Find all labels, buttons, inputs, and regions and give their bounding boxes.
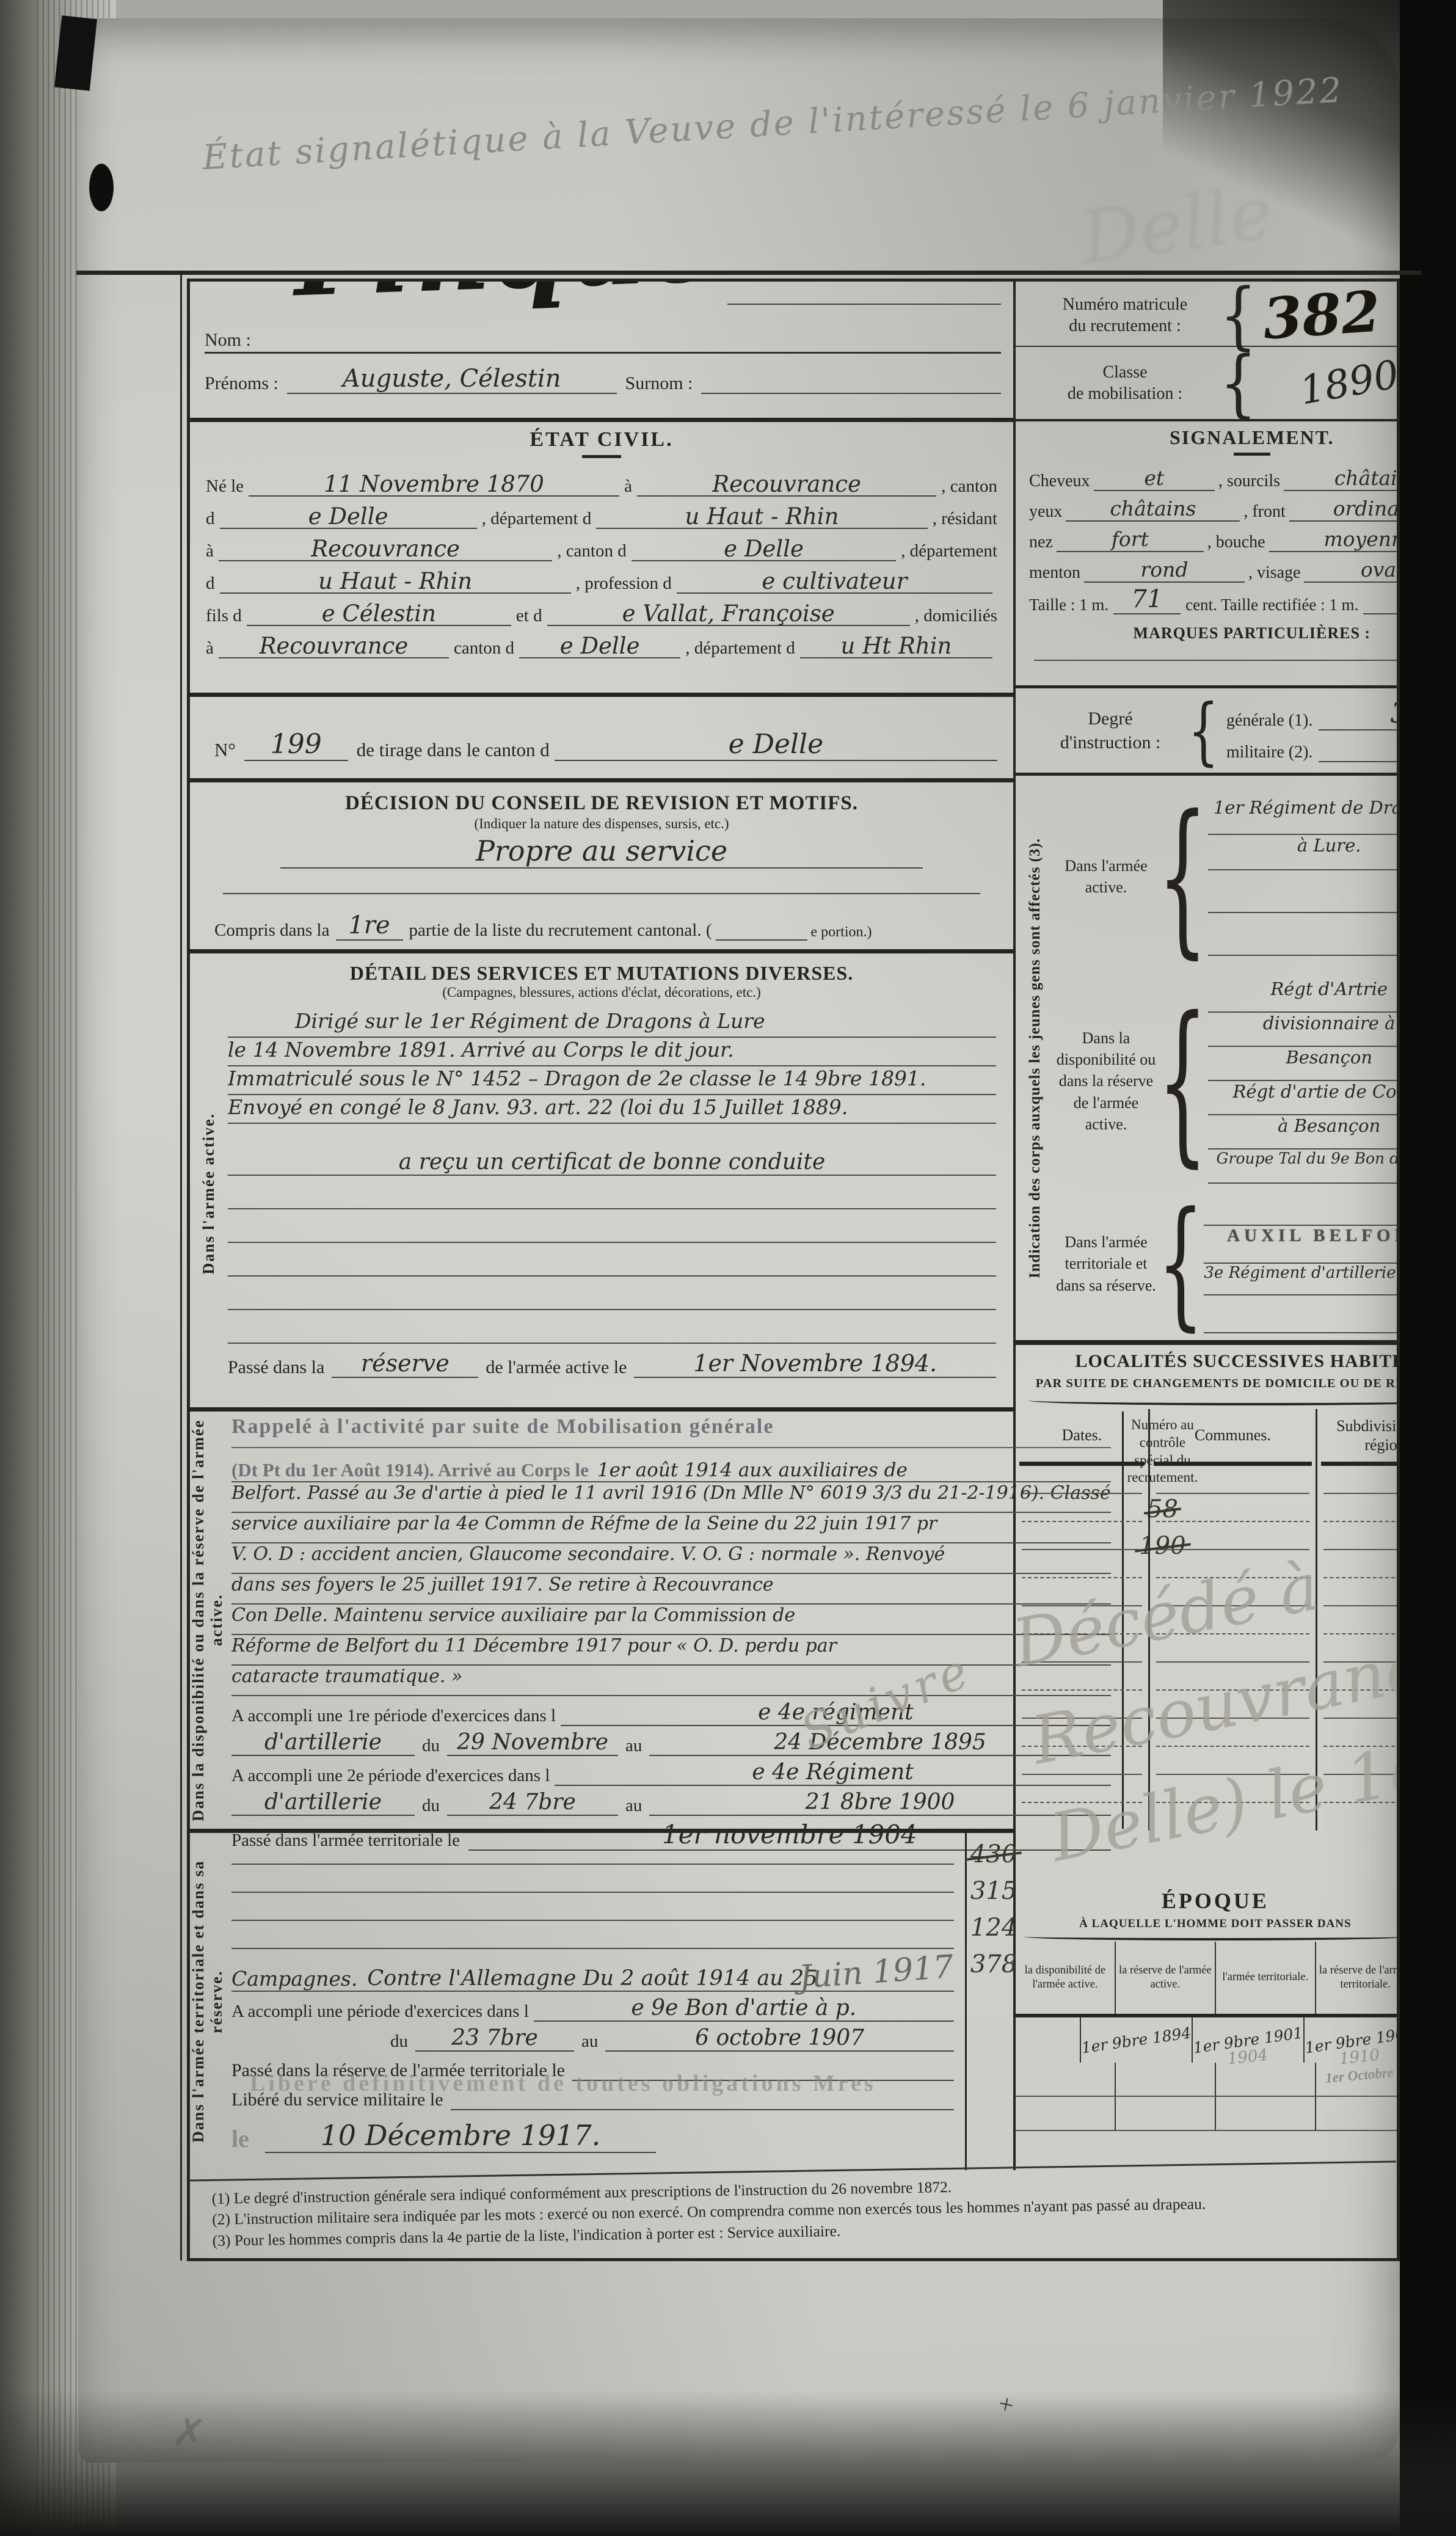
value: e Delle [632, 537, 896, 561]
blank [451, 2109, 954, 2110]
label: nez [1029, 533, 1053, 552]
epoque-subtitle: À LAQUELLE L'HOMME DOIT PASSER DANS [1016, 1917, 1397, 1931]
blank-line [231, 1893, 954, 1921]
value: châtains [1284, 466, 1397, 491]
label: menton [1029, 563, 1080, 583]
affectation-line: Régt d'artie de Corps [1208, 1081, 1397, 1115]
value: ordinaire [1289, 497, 1397, 522]
campagnes-row: Campagnes. Contre l'Allemagne Du 2 août … [231, 1954, 954, 1992]
localites-title: LOCALITÉS SUCCESSIVES HABITÉES [1016, 1351, 1397, 1372]
periode2-row1: A accompli une 2e période d'exercices da… [231, 1760, 1111, 1786]
empty-cell [1156, 1466, 1309, 1494]
degre-generale-row: générale (1). 3 [1226, 699, 1397, 731]
label: au [581, 2031, 598, 2052]
periode1-row2: d'artillerie du 29 Novembre au 24 Décemb… [231, 1730, 1111, 1756]
label: Passé dans la [228, 1357, 324, 1378]
page-corner-shadow [1163, 0, 1419, 318]
decision-title: DÉCISION DU CONSEIL DE REVISION ET MOTIF… [190, 792, 1013, 815]
scanned-register-photo: État signalétique à la Veuve de l'intére… [0, 0, 1456, 2536]
nom-row: Nom : [205, 322, 1001, 354]
value: Recouvrance [637, 473, 936, 497]
disponibilite-section: Dans la disponibilité ou dans la réserve… [190, 1412, 1013, 1833]
brace-glyph: { [1157, 779, 1208, 974]
label: , département d [685, 638, 795, 658]
label: Compris dans la [214, 920, 330, 941]
group-disponibilite: Dans la disponibilité ou dans la réserve… [1055, 977, 1397, 1185]
value: et [1094, 466, 1215, 491]
degre-instruction-section: Degré d'instruction : { générale (1). 3 … [1016, 688, 1397, 776]
label: du [422, 1736, 440, 1756]
value-cell: 1er 9bre 1901 1904 [1192, 2017, 1303, 2063]
empty-cell [1022, 1466, 1142, 1494]
signalement-row: menton rond , visage ovale [1029, 552, 1397, 583]
prenoms-label: Prénoms : [205, 373, 278, 394]
empty-cell [1156, 1494, 1309, 1522]
numero-controle-column-lower: 430 315 124 378 [965, 1833, 1021, 2170]
etat-civil-row: Né le 11 Novembre 1870 à Recouvrance , c… [206, 464, 997, 497]
line: Belfort. Passé au 3e d'artie à pied le 1… [231, 1482, 1111, 1513]
label: A accompli une 2e période d'exercices da… [231, 1766, 550, 1786]
label: au [625, 1796, 642, 1816]
label: , département d [482, 509, 592, 529]
blank-line [231, 1921, 954, 1949]
value: Recouvrance [219, 635, 449, 658]
crossed-number: 430 [970, 1840, 1017, 1868]
numero-label: N° [214, 739, 236, 761]
service-line: Immatriculé sous le N° 1452 – Dragon de … [228, 1066, 996, 1095]
blank [1363, 613, 1397, 614]
tirage-text: de tirage dans le canton d [357, 739, 550, 761]
side-label-territoriale: Dans l'armée territoriale et dans sa rés… [190, 1833, 225, 2170]
label: du [422, 1796, 440, 1816]
corps-side-label: Indication des corps auxquels les jeunes… [1016, 776, 1055, 1340]
mobilisation-stamp-line2: (Dt Pt du 1er Août 1914). Arrivé au Corp… [231, 1448, 1111, 1482]
value: e Delle [220, 505, 477, 529]
label: de l'armée active le [486, 1357, 627, 1378]
blank-line [228, 1209, 996, 1243]
value: 6 octobre 1907 [605, 2025, 953, 2052]
surname-calligraphy: Finquel [292, 282, 764, 320]
affectation-line: divisionnaire à [1208, 1013, 1397, 1047]
name-upper-line [727, 304, 1001, 305]
label: , résidant [933, 509, 997, 529]
value: 24 7bre [447, 1790, 618, 1816]
value: châtains [1066, 497, 1240, 522]
degre-label: Degré d'instruction : [1040, 707, 1181, 754]
label: et d [516, 606, 542, 626]
value: fort [1057, 527, 1204, 552]
label: Cheveux [1029, 472, 1090, 491]
mobilisation-stamp-line1: Rappelé à l'activité par suite de Mobili… [231, 1415, 1111, 1448]
surnom-blank [701, 393, 1001, 394]
label: , front [1243, 502, 1285, 522]
label: d [206, 574, 215, 594]
localites-section: LOCALITÉS SUCCESSIVES HABITÉES PAR SUITE… [1016, 1344, 1397, 1867]
label: A accompli une période d'exercices dans … [231, 2002, 529, 2022]
taille-value: 71 [1113, 585, 1181, 614]
auxil-belfort-stamp: AUXIL BELFORT [1204, 1226, 1397, 1264]
group-label: Dans la disponibilité ou dans la réserve… [1055, 1027, 1157, 1134]
value: e Vallat, Françoise [547, 602, 910, 626]
blank-line [228, 1176, 996, 1209]
footnotes: (1) Le degré d'instruction générale sera… [189, 2160, 1397, 2251]
label: , domiciliés [915, 606, 997, 626]
campagnes-pencil-date: Juin 1917 [798, 1948, 955, 1996]
epoque-headers: la disponibilité de l'armée active. la r… [1016, 1942, 1397, 2014]
value: u Ht Rhin [800, 635, 992, 658]
compris-row: Compris dans la 1re partie de la liste d… [190, 894, 1013, 941]
blank-line [1208, 870, 1397, 913]
epoque-title: ÉPOQUE [1016, 1888, 1397, 1914]
blank-line [1208, 913, 1397, 956]
title-dash [1234, 453, 1270, 456]
curly-ornament [1024, 1933, 1397, 1940]
col-header: la disponibilité de l'armée active. [1016, 1942, 1115, 2014]
col-header: Subdivisions de région. [1317, 1409, 1397, 1462]
etat-civil-row: d e Delle , département d u Haut - Rhin … [206, 497, 997, 529]
tirage-canton: e Delle [555, 729, 997, 761]
label: à [624, 476, 632, 497]
label: A accompli une 1re période d'exercices d… [231, 1706, 556, 1726]
blank-line [231, 1837, 954, 1865]
etat-civil-section: ÉTAT CIVIL. Né le 11 Novembre 1870 à Rec… [190, 422, 1013, 697]
value: d'artillerie [231, 1790, 415, 1816]
group-label: Dans l'armée active. [1055, 855, 1157, 898]
libere-date-row: le 10 Décembre 1917. [231, 2119, 954, 2153]
decision-section: DÉCISION DU CONSEIL DE REVISION ET MOTIF… [190, 782, 1013, 953]
label: d [206, 509, 215, 529]
blank [1319, 761, 1397, 762]
value-cell: 1er 9bre 1907 1910 1er Octobre [1303, 2017, 1397, 2063]
label: fils d [206, 606, 242, 626]
header-rule [190, 418, 1013, 422]
territoriale-section: Dans l'armée territoriale et dans sa rés… [190, 1833, 1013, 2170]
blank-line [231, 1865, 954, 1893]
label: , profession d [576, 574, 672, 594]
blank-line [1204, 1295, 1397, 1333]
empty-cell [1022, 1522, 1142, 1550]
service-line: Envoyé en congé le 8 Janv. 93. art. 22 (… [228, 1095, 996, 1124]
le-stamp: le [231, 2124, 249, 2153]
services-title: DÉTAIL DES SERVICES ET MUTATIONS DIVERSE… [190, 962, 1013, 985]
label: Taille : 1 m. [1029, 596, 1108, 614]
label: générale (1). [1226, 711, 1312, 731]
decision-subtitle: (Indiquer la nature des dispenses, sursi… [190, 816, 1013, 832]
side-label-disponibilite: Dans la disponibilité ou dans la réserve… [190, 1412, 225, 1829]
line: Réforme de Belfort du 11 Décembre 1917 p… [231, 1635, 1111, 1666]
etat-civil-row: d u Haut - Rhin , profession d e cultiva… [206, 561, 997, 594]
value: e Delle [519, 635, 680, 658]
label: à [206, 541, 214, 561]
label: partie de la liste du recrutement canton… [409, 920, 712, 941]
value: e cultivateur [677, 570, 992, 594]
services-lines: Dirigé sur le 1er Régiment de Dragons à … [228, 1009, 1013, 1378]
affectation-line: Régt d'Artrie [1208, 978, 1397, 1013]
surnom-label: Surnom : [625, 373, 693, 394]
hw-suffix: 1er août 1914 aux auxiliaires de [597, 1459, 908, 1481]
photo-black-edge [1400, 0, 1456, 2536]
value: u Haut - Rhin [220, 570, 571, 594]
blank [716, 939, 807, 941]
classe-value: 1890 [1297, 352, 1397, 414]
number: 315 [970, 1877, 1017, 1905]
signalement-row: yeux châtains , front ordinaire [1029, 491, 1397, 522]
col-header: Communes. [1150, 1409, 1316, 1462]
line: service auxiliaire par la 4e Commn de Ré… [231, 1513, 1111, 1543]
signalement-row: nez fort , bouche moyenne [1029, 522, 1397, 552]
line: cataracte traumatique. » [231, 1666, 1111, 1696]
signalement-section: SIGNALEMENT. Cheveux et , sourcils châta… [1016, 421, 1397, 688]
passe-reserve-row: Passé dans la réserve de l'armée active … [228, 1350, 996, 1378]
prenoms-row: Prénoms : Auguste, Célestin Surnom : [205, 360, 1001, 394]
col-header: la réserve de l'armée territoriale. [1315, 1942, 1397, 2014]
disponibilite-paragraph: Belfort. Passé au 3e d'artie à pied le 1… [231, 1482, 1111, 1696]
empty-cell [1323, 1466, 1397, 1494]
libere-obligations-stamp: Libéré définitivement de toutes obligati… [250, 2070, 876, 2097]
affectation-line: 3e Régiment d'artillerie à pied [1204, 1264, 1397, 1295]
blank-line [228, 1277, 996, 1310]
tirage-section: N° 199 de tirage dans le canton d e Dell… [190, 697, 1013, 782]
territoriale-content: Campagnes. Contre l'Allemagne Du 2 août … [225, 1833, 965, 2170]
value: ovale [1304, 558, 1397, 583]
label: , sourcils [1218, 472, 1280, 491]
group-label: Dans l'armée territoriale et dans sa rés… [1055, 1231, 1157, 1295]
tirage-number: 199 [244, 729, 348, 761]
periode1-row1: A accompli une 1re période d'exercices d… [231, 1700, 1111, 1726]
label: e portion.) [811, 924, 872, 941]
value: rond [1084, 558, 1245, 583]
libere-date: 10 Décembre 1917. [265, 2119, 656, 2153]
campagnes-value: Contre l'Allemagne Du 2 août 1914 au 25 [367, 1966, 817, 1991]
periode-terr-row2: du 23 7bre au 6 octobre 1907 [231, 2025, 954, 2052]
etat-civil-row: à Recouvrance , canton d e Delle , dépar… [206, 529, 997, 561]
decision-value: Propre au service [280, 834, 922, 869]
col-header: l'armée territoriale. [1215, 1942, 1315, 2014]
right-column: Numéro matricule du recrutement : { 382 … [1016, 282, 1397, 2170]
value: 23 7bre [415, 2025, 574, 2052]
label: , canton d [557, 541, 627, 561]
blank-line [228, 1243, 996, 1277]
periode-terr-row1: A accompli une période d'exercices dans … [231, 1995, 954, 2022]
affectation-line: Groupe Tal du 9e Bon d'Artie [1208, 1150, 1397, 1184]
header-bar [1321, 1462, 1397, 1466]
label: Né le [206, 476, 244, 497]
degre-militaire-row: militaire (2). [1226, 731, 1397, 762]
epoque-values: 1er 9bre 1894 1er 9bre 1901 1904 1er 9br… [1016, 2017, 1397, 2063]
value: e Célestin [247, 602, 511, 626]
affectation-line: à Lure. [1208, 835, 1397, 870]
signalement-title: SIGNALEMENT. [1029, 426, 1397, 449]
photo-bottom-shadow [0, 2389, 1456, 2536]
prenoms-value: Auguste, Célestin [287, 365, 617, 394]
certificat-line: a reçu un certificat de bonne conduite [228, 1150, 996, 1176]
value: 11 Novembre 1870 [249, 473, 619, 497]
matricule-form: Finquel Nom : Prénoms : Auguste, Célesti… [187, 279, 1400, 2261]
header-bar [1019, 1462, 1145, 1466]
classe-box: Classe de mobilisation : { 1890 [1016, 347, 1397, 421]
header-bar [1154, 1462, 1312, 1466]
service-line: Dirigé sur le 1er Régiment de Dragons à … [228, 1009, 996, 1038]
label: , visage [1248, 563, 1301, 583]
value: e 9e Bon d'artie à p. [534, 1995, 954, 2022]
col-header: Dates. [1016, 1409, 1148, 1462]
line: V. O. D : accident ancien, Glaucome seco… [231, 1543, 1111, 1574]
value: réserve [332, 1350, 478, 1378]
empty-cell [1323, 1494, 1397, 1522]
edge-ink-blob [89, 164, 114, 211]
signalement-row: Cheveux et , sourcils châtains [1029, 461, 1397, 491]
etat-civil-row: à Recouvrance canton d e Delle , départe… [206, 626, 997, 658]
taille-row: Taille : 1 m. 71 cent. Taille rectifiée … [1029, 583, 1397, 614]
label: au [625, 1736, 642, 1756]
value: 29 Novembre [447, 1730, 618, 1756]
brace-glyph: { [1220, 340, 1257, 426]
line: Con Delle. Maintenu service auxiliaire p… [231, 1605, 1111, 1635]
value: 1re [336, 911, 403, 941]
nom-label: Nom : [205, 330, 251, 351]
brace-glyph: { [1188, 688, 1219, 773]
empty-row [1016, 2097, 1397, 2131]
col-header: la réserve de l'armée active. [1115, 1942, 1215, 2014]
line: dans ses foyers le 25 juillet 1917. Se r… [231, 1574, 1111, 1605]
services-section: DÉTAIL DES SERVICES ET MUTATIONS DIVERSE… [190, 953, 1013, 1412]
number: 124 [970, 1914, 1017, 1942]
side-label-armee-active: Dans l'armée active. [190, 1009, 228, 1378]
label: du [390, 2031, 408, 2052]
periode2-row2: d'artillerie du 24 7bre au 21 8bre 1900 [231, 1790, 1111, 1816]
group-armee-active: Dans l'armée active. { 1er Régiment de D… [1055, 776, 1397, 977]
disponibilite-content: Rappelé à l'activité par suite de Mobili… [225, 1412, 1122, 1829]
label: , canton [941, 476, 997, 497]
label: , bouche [1207, 533, 1265, 552]
localites-subtitle: PAR SUITE DE CHANGEMENTS DE DOMICILE OU … [1016, 1377, 1397, 1391]
curly-ornament [1028, 1396, 1397, 1405]
label: cent. Taille rectifiée : 1 m. [1185, 596, 1358, 614]
value: 1er Novembre 1894. [634, 1350, 996, 1378]
blank-line [1204, 1194, 1397, 1226]
value: 3 [1319, 696, 1397, 731]
title-dash [582, 455, 621, 458]
service-line: le 14 Novembre 1891. Arrivé au Corps le … [228, 1038, 996, 1066]
empty-cell [1022, 1494, 1142, 1522]
matricule-label: Numéro matricule du recrutement : [1036, 294, 1214, 337]
corner-ink-mark [54, 15, 97, 90]
label: yeux [1029, 502, 1062, 522]
brace-glyph: { [1157, 1183, 1204, 1344]
form-main: Finquel Nom : Prénoms : Auguste, Célesti… [190, 282, 1397, 2170]
matricule-number: 382 [1261, 282, 1383, 352]
label: militaire (2). [1226, 743, 1313, 762]
affectation-line: 1er Régiment de Dragons [1208, 797, 1397, 835]
value-cell: 1er 9bre 1894 [1080, 2017, 1192, 2063]
number: 378 [970, 1950, 1017, 1978]
etat-civil-title: ÉTAT CIVIL. [206, 428, 997, 451]
classe-label: Classe de mobilisation : [1036, 362, 1214, 404]
label: canton d [454, 638, 514, 658]
epoque-section: ÉPOQUE À LAQUELLE L'HOMME DOIT PASSER DA… [1016, 1867, 1397, 2169]
value: u Haut - Rhin [596, 505, 927, 529]
group-territoriale: Dans l'armée territoriale et dans sa rés… [1055, 1185, 1397, 1343]
value: Recouvrance [219, 537, 552, 561]
stamp-text: (Dt Pt du 1er Août 1914). Arrivé au Corp… [231, 1459, 589, 1481]
affectation-line: Besançon [1208, 1047, 1397, 1081]
blank-line [228, 1310, 996, 1344]
etat-civil-row: fils d e Célestin et d e Vallat, Françoi… [206, 594, 997, 626]
brace-glyph: { [1157, 979, 1208, 1183]
corps-affectation-section: Indication des corps auxquels les jeunes… [1016, 776, 1397, 1344]
label: , département [901, 541, 997, 561]
blank-line [1034, 660, 1397, 661]
campagnes-label: Campagnes. [231, 1967, 357, 1991]
marques-label: MARQUES PARTICULIÈRES : [1029, 624, 1397, 643]
left-column: Finquel Nom : Prénoms : Auguste, Célesti… [190, 282, 1016, 2170]
matricule-box: Numéro matricule du recrutement : { 382 [1016, 282, 1397, 347]
name-header: Finquel Nom : Prénoms : Auguste, Célesti… [190, 282, 1013, 422]
value: d'artillerie [231, 1730, 415, 1756]
affectation-line: à Besançon [1208, 1115, 1397, 1150]
label: à [206, 638, 214, 658]
value-cell [1016, 2017, 1080, 2063]
services-subtitle: (Campagnes, blessures, actions d'éclat, … [190, 985, 1013, 1000]
value: moyenne [1269, 527, 1397, 552]
